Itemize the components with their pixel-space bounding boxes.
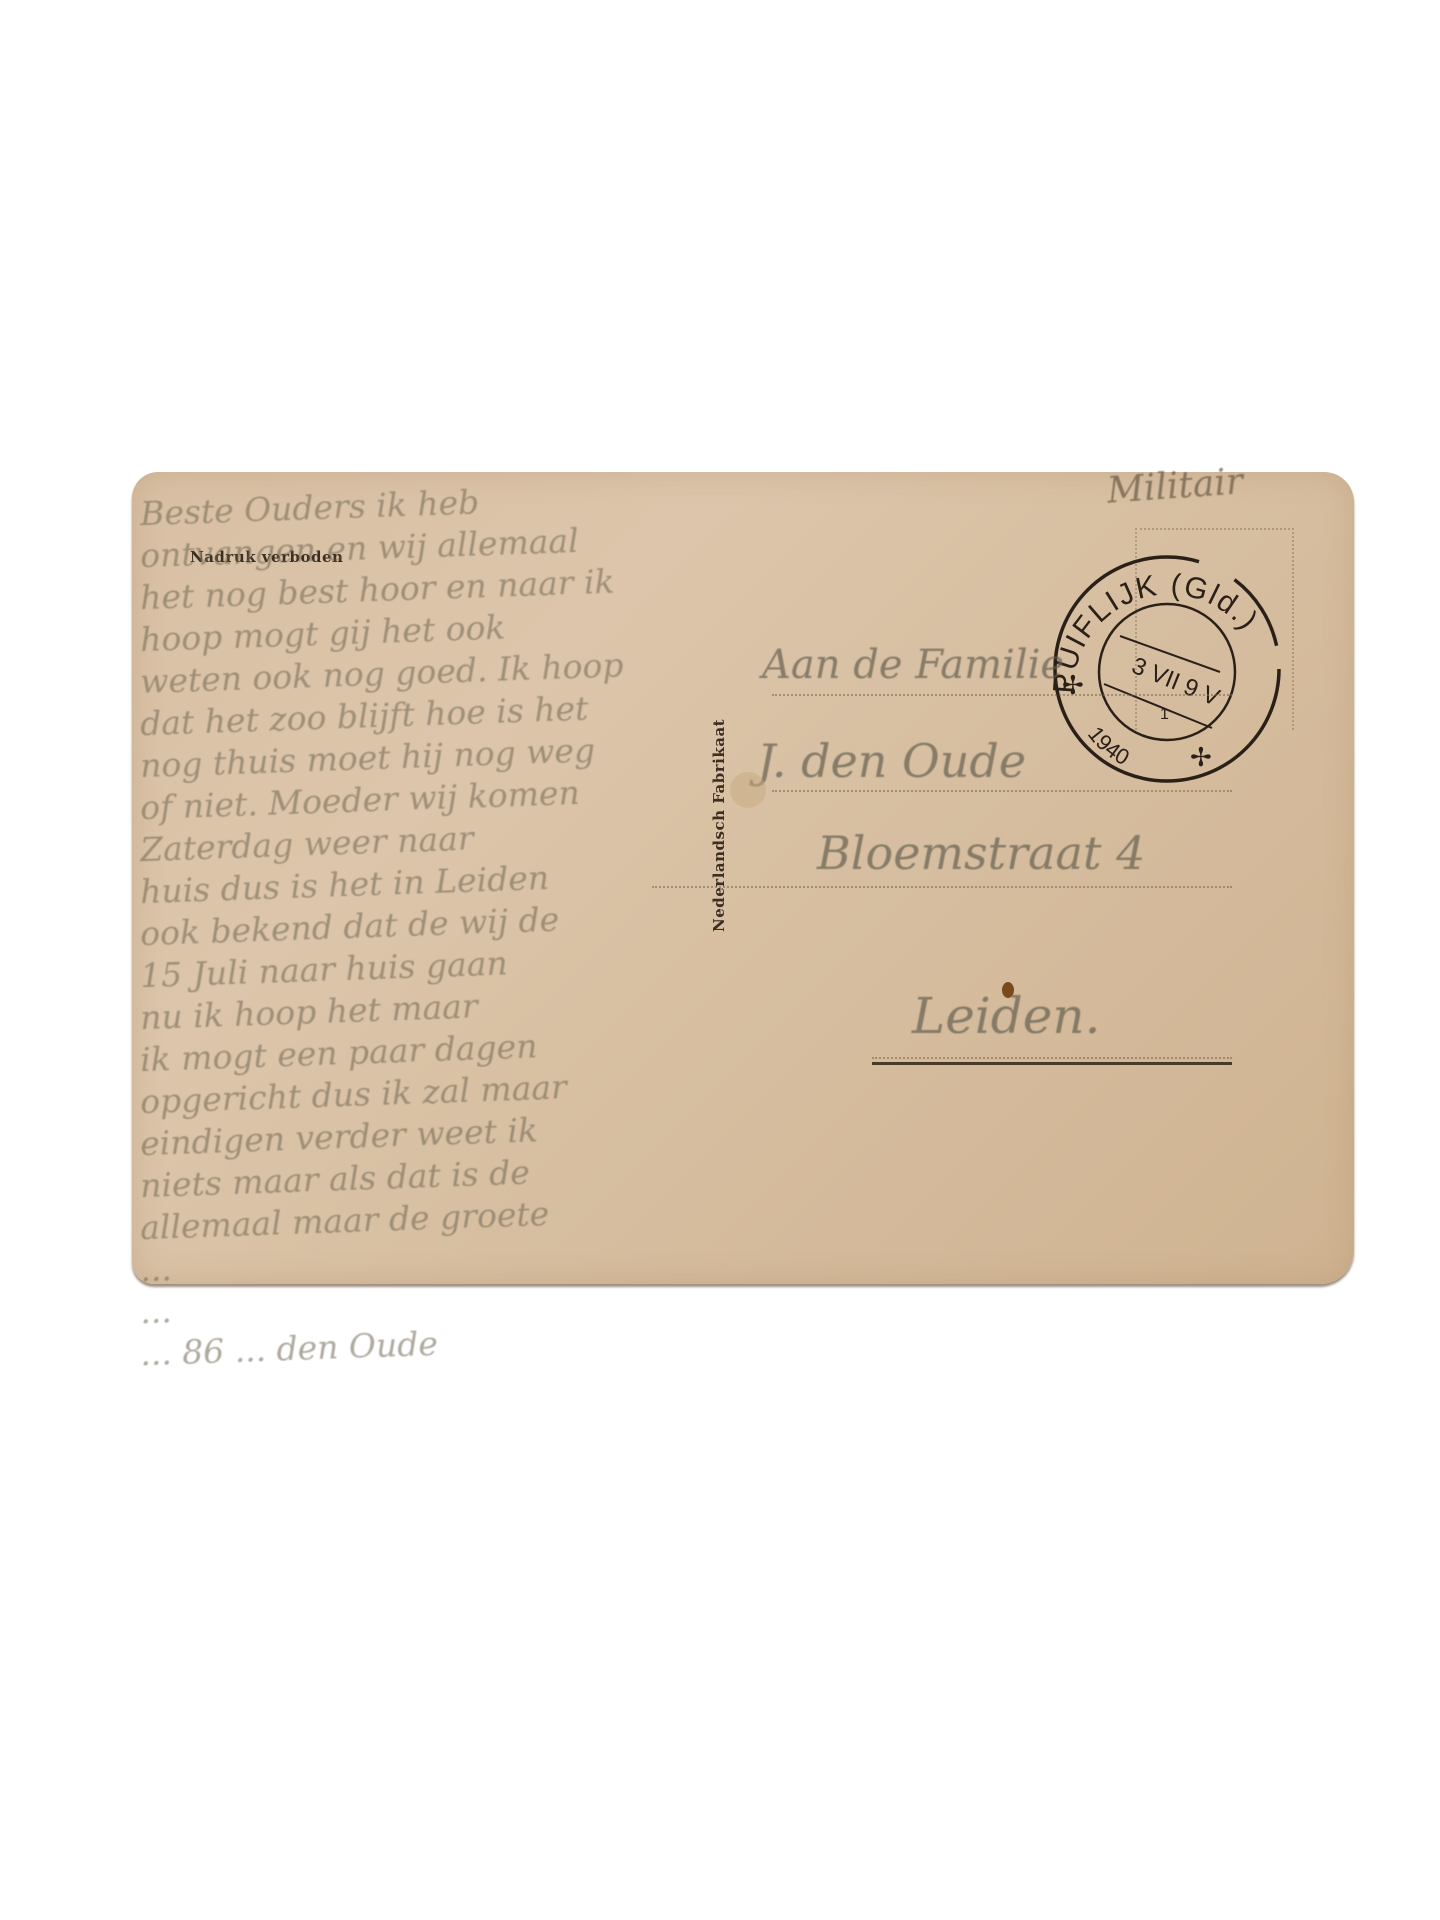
address-street: Bloemstraat 4: [817, 826, 1145, 880]
stain-spot: [1002, 982, 1014, 998]
address-line-2-rule: [772, 790, 1232, 792]
address-line-4-rule: [872, 1057, 1232, 1059]
handwritten-militair-note: Militair: [1106, 461, 1245, 511]
postmark-code: 1: [1160, 706, 1169, 723]
address-line-3-rule: [652, 886, 1232, 888]
postmark-date: 3 VII 9 V: [1128, 652, 1223, 712]
handwritten-message: Beste Ouders ik hebontvangen en wij alle…: [140, 482, 780, 1364]
address-name: J. den Oude: [757, 734, 1026, 788]
postmark-cancellation: PUIFLIJK (Gld.) 1940 3 VII 9 V 1 ✢ ✢: [1042, 544, 1292, 794]
postmark-star-right: ✢: [1190, 742, 1212, 772]
postcard: Nadruk verboden Nederlandsch Fabrikaat B…: [132, 472, 1354, 1284]
city-underline: [872, 1062, 1232, 1065]
address-line-1-rule: [772, 694, 1232, 696]
address-recipient: Aan de Familie: [762, 642, 1064, 688]
stain-spot: [730, 772, 766, 808]
